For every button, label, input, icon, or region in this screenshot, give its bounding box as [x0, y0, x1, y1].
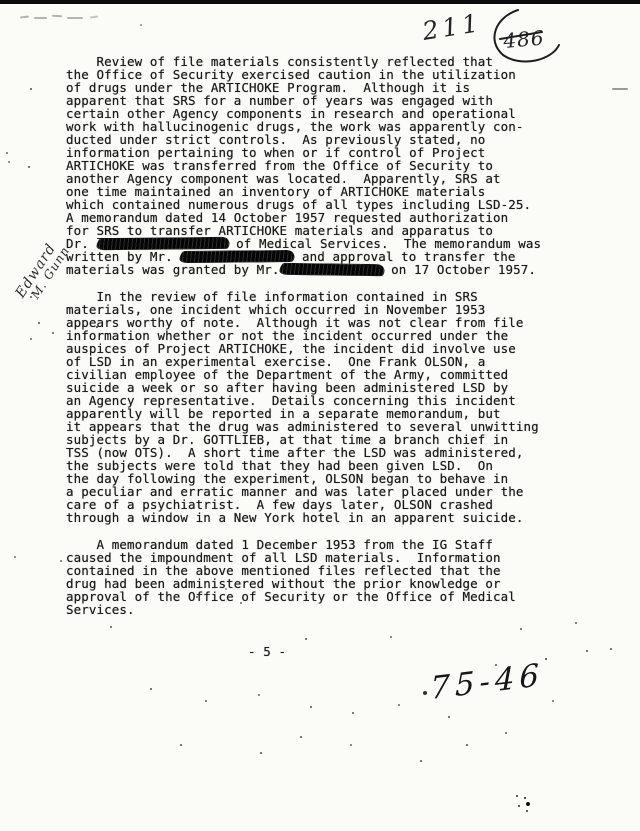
- smudge-marks: [20, 13, 120, 21]
- line-text: on 17 October 1957.: [384, 262, 537, 277]
- page-number: - 5 -: [248, 644, 286, 659]
- redaction-scribble: [279, 263, 383, 275]
- handwritten-number: 211: [419, 8, 484, 46]
- paragraph-1: Review of file materials consistently re…: [66, 55, 586, 224]
- paragraph-3: A memorandum dated 1 December 1953 from …: [66, 538, 586, 616]
- redaction-scribble: [96, 237, 228, 249]
- scanned-document-page: 211 486 Edward M. Gunn Review of file ma…: [0, 0, 640, 831]
- scan-specks: [0, 0, 2, 2]
- line-text: materials was granted by Mr.: [66, 262, 280, 277]
- document-body: Review of file materials consistently re…: [66, 55, 586, 616]
- handwritten-circled-number: 486: [501, 25, 545, 53]
- paragraph-2: In the review of file information contai…: [66, 290, 586, 524]
- margin-dash-mark: [612, 88, 628, 90]
- handwritten-docket-number: 75-46: [430, 657, 544, 707]
- redaction-scribble: [180, 250, 294, 262]
- body-line: materials was granted by Mr. on 17 Octob…: [66, 263, 586, 276]
